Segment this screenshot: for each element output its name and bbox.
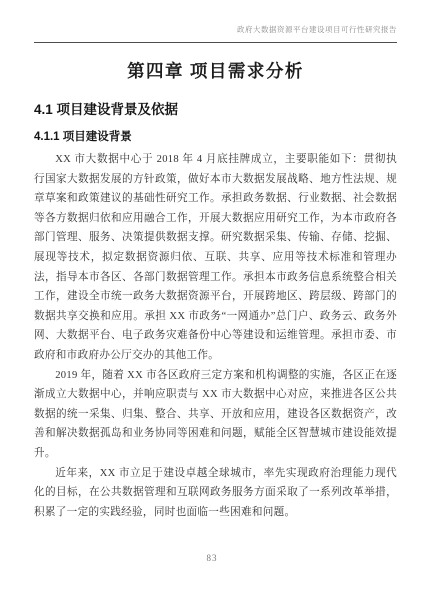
paragraph-2: 2019 年，随着 XX 市各区政府三定方案和机构调整的实施，各区正在逐渐成立大… [34,366,397,464]
page-footer: 83 [0,548,424,566]
chapter-title: 第四章 项目需求分析 [34,59,397,83]
paragraph-3: 近年来，XX 市立足于建设卓越全球城市，率先实现政府治理能力现代化的目标，在公共… [34,464,397,523]
section-title: 4.1 项目建设背景及依据 [34,101,397,119]
subsection-title: 4.1.1 项目建设背景 [34,129,397,145]
page-header: 政府大数据资源平台建设项目可行性研究报告 [34,24,397,43]
page-number: 83 [207,553,218,563]
running-header-text: 政府大数据资源平台建设项目可行性研究报告 [34,24,397,35]
paragraph-1: XX 市大数据中心于 2018 年 4 月底挂牌成立，主要职能如下：贯彻执行国家… [34,150,397,366]
document-page: 政府大数据资源平台建设项目可行性研究报告 第四章 项目需求分析 4.1 项目建设… [0,0,424,600]
